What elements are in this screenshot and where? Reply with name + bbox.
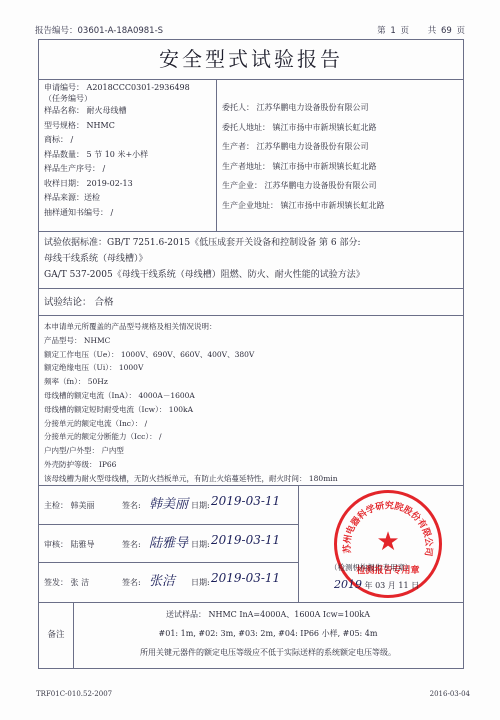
description-intro: 本申请单元所覆盖的产品型号规格及相关情况说明：: [44, 320, 463, 334]
page-prefix: 第: [377, 26, 386, 36]
client-address: 委托人地址： 镇江市扬中市新坝镇长虹北路: [222, 118, 463, 138]
manufacturer-address: 生产者地址： 镇江市扬中市新坝镇长虹北路: [222, 157, 463, 177]
page-suffix: 页: [456, 26, 465, 36]
product-description-section: 本申请单元所覆盖的产品型号规格及相关情况说明： 产品型号： NHMC 额定工作电…: [39, 316, 463, 486]
signature-row-issuer: 签发： 张 洁 签名: 张洁 日期: 2019-03-11: [39, 563, 298, 602]
date-label: 日期:: [191, 577, 210, 588]
production-serial: 样品生产序号： /: [44, 162, 216, 177]
remarks-label: 备注: [39, 602, 74, 668]
report-number-value: 03601-A-18A0981-S: [78, 26, 164, 36]
client: 委托人： 江苏华鹏电力设备股份有限公司: [222, 98, 463, 118]
receipt-date: 收样日期： 2019-02-13: [44, 177, 216, 192]
manufacturer: 生产者： 江苏华鹏电力设备股份有限公司: [222, 137, 463, 157]
task-number: （任务编号）: [44, 93, 216, 104]
signature-date: 2019-03-11: [211, 571, 280, 585]
page-mid: 页: [401, 26, 410, 36]
test-conclusion: 试验结论： 合格: [39, 289, 463, 316]
signature-table: 主检： 韩美丽 签名: 韩美丽 日期: 2019-03-11 审核： 陆雅导 签…: [39, 486, 299, 602]
sample-quantity: 样品数量： 5 节 10 米+小样: [44, 148, 216, 163]
signer-role: 签发： 张 洁: [44, 577, 89, 588]
description-item: 母线槽的额定电流（InA）： 4000A－1600A: [44, 389, 463, 403]
page-total: 69: [441, 26, 452, 36]
remarks-section: 备注 送试样品： NHMC InA=4000A、1600A Icw=100kA …: [39, 602, 463, 668]
test-basis-line-3: GA/T 537-2005《母线干线系统（母线槽）阻燃、防火、耐火性能的试验方法…: [44, 267, 463, 283]
sampling-notice-number: 抽样通知书编号： /: [44, 206, 216, 221]
seal-date-year: 2019: [334, 578, 362, 591]
description-item: 户内型/户外型： 户内型: [44, 444, 463, 458]
handwritten-signature: 张洁: [149, 570, 175, 589]
report-table: 安全型式试验报告 申请编号： A2018CCC0301-2936498 （任务编…: [38, 39, 464, 669]
signature-label: 签名:: [122, 577, 141, 588]
description-item: 该母线槽为耐火型母线槽，无防火挡板单元，有防止火焰蔓延特性，耐火时间： 180m…: [44, 472, 463, 486]
description-item: 分接单元的额定分断能力（Icc）： /: [44, 430, 463, 444]
remarks-body: 送试样品： NHMC InA=4000A、1600A Icw=100kA #01…: [73, 602, 463, 668]
page-total-prefix: 共: [428, 26, 437, 36]
applicant-info: 申请编号： A2018CCC0301-2936498 （任务编号） 样品名称： …: [39, 79, 217, 231]
signature-section: 主检： 韩美丽 签名: 韩美丽 日期: 2019-03-11 审核： 陆雅导 签…: [39, 486, 463, 603]
description-item: 外壳防护等级： IP66: [44, 458, 463, 472]
handwritten-signature: 韩美丽: [149, 493, 188, 512]
remarks-line: #01: 1m, #02: 3m, #03: 2m, #04: IP66 小样,…: [73, 624, 463, 643]
seal-caption: （检测机构报告专用章）: [330, 562, 413, 573]
signer-role: 主检： 韩美丽: [44, 500, 95, 511]
report-header-bar: 报告编号：03601-A-18A0981-S 第 1 页 共 69 页: [35, 24, 465, 38]
sample-name: 样品名称： 耐火母线槽: [44, 104, 216, 119]
signer-role: 审核： 陆雅导: [44, 539, 95, 550]
form-date: 2016-03-04: [430, 690, 470, 698]
trademark: 商标： /: [44, 133, 216, 148]
date-label: 日期:: [191, 500, 210, 511]
seal-date-rest: 年 03 月 11 日: [365, 581, 420, 590]
description-item: 额定绝缘电压（Ui）： 1000V: [44, 361, 463, 375]
description-item: 分接单元的额定电流（Inc）： /: [44, 417, 463, 431]
signature-label: 签名:: [122, 500, 141, 511]
sample-source: 样品来源：送检: [44, 191, 216, 206]
description-item: 额定工作电压（Ue）： 1000V、690V、660V、400V、380V: [44, 348, 463, 362]
test-basis-line-2: 母线干线系统（母线槽）》: [44, 251, 463, 267]
remarks-line: 送试样品： NHMC InA=4000A、1600A Icw=100kA: [73, 605, 463, 624]
seal-area: 苏州电器科学研究院股份有限公司 ★ 检测报告专用章 （检测机构报告专用章） 20…: [298, 486, 463, 602]
test-basis-line-1: 试验依据标准：GB/T 7251.6-2015《低压成套开关设备和控制设备 第 …: [44, 235, 463, 251]
remarks-line: 所用关键元器件的额定电压等级应不低于实际送样的系统额定电压等级。: [73, 643, 463, 662]
factory-address: 生产企业地址： 镇江市扬中市新坝镇长虹北路: [222, 196, 463, 216]
page-current: 1: [390, 26, 395, 36]
page-indicator: 第 1 页 共 69 页: [375, 24, 465, 36]
sample-info-section: 申请编号： A2018CCC0301-2936498 （任务编号） 样品名称： …: [39, 79, 463, 232]
seal-star-icon: ★: [337, 529, 439, 555]
factory: 生产企业： 江苏华鹏电力设备股份有限公司: [222, 176, 463, 196]
signature-date: 2019-03-11: [211, 494, 280, 508]
form-code: TRF01C-010.52-2007: [36, 690, 112, 698]
client-info: 委托人： 江苏华鹏电力设备股份有限公司 委托人地址： 镇江市扬中市新坝镇长虹北路…: [217, 79, 463, 231]
report-page: 报告编号：03601-A-18A0981-S 第 1 页 共 69 页 安全型式…: [0, 0, 500, 720]
application-number: 申请编号： A2018CCC0301-2936498: [44, 82, 216, 93]
description-item: 频率（fn）： 50Hz: [44, 375, 463, 389]
signature-date: 2019-03-11: [211, 533, 280, 547]
report-number: 报告编号：03601-A-18A0981-S: [35, 24, 163, 36]
description-item: 母线槽的额定短时耐受电流（Icw）： 100kA: [44, 403, 463, 417]
seal-date: 2019 年 03 月 11 日: [334, 578, 419, 591]
signature-row-inspector: 主检： 韩美丽 签名: 韩美丽 日期: 2019-03-11: [39, 486, 298, 525]
report-number-label: 报告编号：: [35, 26, 78, 36]
date-label: 日期:: [191, 539, 210, 550]
model-spec: 型号规格： NHMC: [44, 119, 216, 134]
description-item: 产品型号： NHMC: [44, 334, 463, 348]
handwritten-signature: 陆雅导: [149, 532, 188, 551]
signature-label: 签名:: [122, 539, 141, 550]
report-title: 安全型式试验报告: [39, 40, 463, 80]
signature-row-reviewer: 审核： 陆雅导 签名: 陆雅导 日期: 2019-03-11: [39, 525, 298, 564]
test-basis-section: 试验依据标准：GB/T 7251.6-2015《低压成套开关设备和控制设备 第 …: [39, 231, 463, 289]
